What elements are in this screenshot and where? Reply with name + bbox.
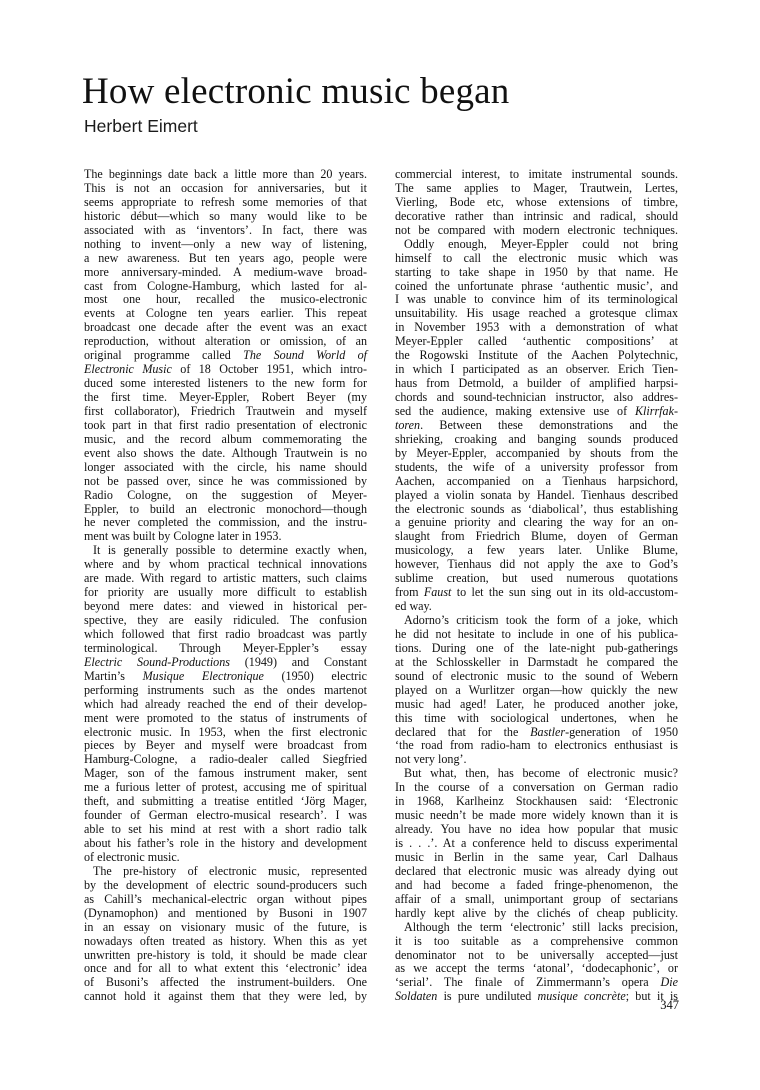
text-line: coined the unfortunate phrase ‘authentic… xyxy=(395,280,678,294)
text-line: Radio Cologne, on the suggestion of Meye… xyxy=(84,489,367,503)
text-line: Vierling, Bode etc, whose extensions of … xyxy=(395,196,678,210)
text-line: a new awareness. But ten years ago, peop… xyxy=(84,252,367,266)
text-line: events at Cologne ten years earlier. Thi… xyxy=(84,307,367,321)
text-line: (Dynamophon) and mentioned by Busoni in … xyxy=(84,907,367,921)
text-line: commercial interest, to imitate instrume… xyxy=(395,168,678,182)
text-line: decorative rather than intrinsic and rad… xyxy=(395,210,678,224)
text-line: Although the term ‘electronic’ still lac… xyxy=(395,921,678,935)
text-line: declared that for the Bastler-generation… xyxy=(395,726,678,740)
text-line: The same applies to Mager, Trautwein, Le… xyxy=(395,182,678,196)
text-line: ed way. xyxy=(395,600,678,614)
text-line: which had already reached the end of the… xyxy=(84,698,367,712)
text-line: historic début—which so many would like … xyxy=(84,210,367,224)
text-line: founder of German electro-musical resear… xyxy=(84,809,367,823)
text-line: which followed that first radio broadcas… xyxy=(84,628,367,642)
text-line: played a violin sonata by Handel. Tienha… xyxy=(395,489,678,503)
text-line: Martin’s Musique Electronique (1950) ele… xyxy=(84,670,367,684)
text-line: about his father’s role in the history a… xyxy=(84,837,367,851)
text-line: music needn’t be made more widely known … xyxy=(395,809,678,823)
text-line: unsuitability. His usage reached a grote… xyxy=(395,307,678,321)
text-line: cast from Cologne-Hamburg, which lasted … xyxy=(84,280,367,294)
text-line: sublime creation, but used numerous quot… xyxy=(395,572,678,586)
text-line: of electronic music. xyxy=(84,851,367,865)
text-line: event also shows the date. Although Trau… xyxy=(84,447,367,461)
text-line: Electric Sound-Productions (1949) and Co… xyxy=(84,656,367,670)
article-author: Herbert Eimert xyxy=(84,116,198,136)
text-line: original programme called The Sound Worl… xyxy=(84,349,367,363)
text-line: ment were promoted to the status of inst… xyxy=(84,712,367,726)
text-line: But what, then, has become of electronic… xyxy=(395,767,678,781)
text-line: This is not an occasion for anniversarie… xyxy=(84,182,367,196)
text-line: hardly kept alive by the clichés of chea… xyxy=(395,907,678,921)
text-line: affair of a small, unimportant group of … xyxy=(395,893,678,907)
text-line: Soldaten is pure undiluted musique concr… xyxy=(395,990,678,1004)
text-line: at the Schlosskeller in Darmstadt he com… xyxy=(395,656,678,670)
text-line: ‘serial’. The finale of Zimmermann’s ope… xyxy=(395,976,678,990)
text-line: played on a Wurlitzer organ—how quickly … xyxy=(395,684,678,698)
text-line: the Rogowski Institute of the Aachen Pol… xyxy=(395,349,678,363)
text-line: The beginnings date back a little more t… xyxy=(84,168,367,182)
text-line: associated with as ‘inventors’. In fact,… xyxy=(84,224,367,238)
text-line: Meyer-Eppler called ‘authentic compositi… xyxy=(395,335,678,349)
text-line: theft, and submitting a treatise entitle… xyxy=(84,795,367,809)
text-line: himself to call the electronic music whi… xyxy=(395,252,678,266)
text-line: where and by whom practical technical in… xyxy=(84,558,367,572)
text-line: able to set his mind at rest with a shor… xyxy=(84,823,367,837)
text-line: as we accept the terms ‘atonal’, ‘dodeca… xyxy=(395,962,678,976)
text-line: shrieking, croaking and banging sounds p… xyxy=(395,433,678,447)
text-line: sed the audience, making extensive use o… xyxy=(395,405,678,419)
text-line: not be passed over, since he was commiss… xyxy=(84,475,367,489)
text-line: reproduction, without alteration or omis… xyxy=(84,335,367,349)
text-line: however, Tienhaus did not apply the axe … xyxy=(395,558,678,572)
text-line: in which I participated as an observer. … xyxy=(395,363,678,377)
text-line: once and for all to what extent this ‘el… xyxy=(84,962,367,976)
text-line: he did not hesitate to include in one of… xyxy=(395,628,678,642)
text-line: more anniversary-minded. A medium-wave b… xyxy=(84,266,367,280)
text-line: slaught from Friedrich Blume, doyen of G… xyxy=(395,530,678,544)
text-line: starting to take shape in 1950 by that n… xyxy=(395,266,678,280)
text-line: already. You have no idea how popular th… xyxy=(395,823,678,837)
text-line: Aachen, accompanied on a Tienhaus harpsi… xyxy=(395,475,678,489)
text-line: for priority are usually more difficult … xyxy=(84,586,367,600)
text-line: first collaborator), Friedrich Trautwein… xyxy=(84,405,367,419)
text-line: haus from Detmold, a builder of amplifie… xyxy=(395,377,678,391)
text-line: nothing to invent—only a new way of list… xyxy=(84,238,367,252)
text-line: Electronic Music of 18 October 1951, whi… xyxy=(84,363,367,377)
text-line: broadcast one decade after the event was… xyxy=(84,321,367,335)
text-line: took part in that first radio presentati… xyxy=(84,419,367,433)
text-line: toren. Between these demonstrations and … xyxy=(395,419,678,433)
text-line: declared that electronic music was alrea… xyxy=(395,865,678,879)
text-line: cannot hold it against them that they we… xyxy=(84,990,367,1004)
text-line: is . . .’. At a conference held to discu… xyxy=(395,837,678,851)
text-line: musicology, a few years later. Unlike Bl… xyxy=(395,544,678,558)
text-line: spective, they are easily ridiculed. The… xyxy=(84,614,367,628)
text-line: tions. During one of the late-night pub-… xyxy=(395,642,678,656)
text-line: nowadays often treated as history. When … xyxy=(84,935,367,949)
text-line: denominator not to be universally accept… xyxy=(395,949,678,963)
text-line: music had aged! Later, he produced anoth… xyxy=(395,698,678,712)
text-line: beyond mere dates: and viewed in histori… xyxy=(84,600,367,614)
text-line: the electronic sounds as ‘diabolical’, t… xyxy=(395,503,678,517)
text-line: students, the wife of a university profe… xyxy=(395,461,678,475)
text-line: unwritten pre-history is told, it should… xyxy=(84,949,367,963)
text-line: pieces by Beyer and myself were broadcas… xyxy=(84,739,367,753)
text-line: not very long’. xyxy=(395,753,678,767)
text-column-left: The beginnings date back a little more t… xyxy=(84,168,367,1004)
text-line: this time with sociological undertones, … xyxy=(395,712,678,726)
text-line: seems appropriate to refresh some memori… xyxy=(84,196,367,210)
text-line: Eppler, to build an electronic monochord… xyxy=(84,503,367,517)
text-line: The pre-history of electronic music, rep… xyxy=(84,865,367,879)
article-title: How electronic music began xyxy=(82,72,509,112)
text-line: longer associated with the circle, his n… xyxy=(84,461,367,475)
text-line: me a furious letter of protest, accusing… xyxy=(84,781,367,795)
text-column-right: commercial interest, to imitate instrume… xyxy=(395,168,678,1004)
page-number: 347 xyxy=(655,998,679,1013)
text-line: he never completed the commission, and t… xyxy=(84,516,367,530)
text-line: of Busoni’s affected the instrument-buil… xyxy=(84,976,367,990)
text-line: as Cahill’s mechanical-electric organ wi… xyxy=(84,893,367,907)
text-line: terminological. Through Meyer-Eppler’s e… xyxy=(84,642,367,656)
text-line: and had become a faded fringe-phenomenon… xyxy=(395,879,678,893)
text-line: In the course of a conversation on Germa… xyxy=(395,781,678,795)
text-line: in November 1953 with a demonstration of… xyxy=(395,321,678,335)
text-line: music in Berlin in the same year, Carl D… xyxy=(395,851,678,865)
text-line: Hamburg-Cologne, a radio-dealer called S… xyxy=(84,753,367,767)
text-line: most one hour, recalled the musico-elect… xyxy=(84,293,367,307)
text-line: It is generally possible to determine ex… xyxy=(84,544,367,558)
text-line: by the development of electric sound-pro… xyxy=(84,879,367,893)
text-line: in an essay on visionary music of the fu… xyxy=(84,921,367,935)
text-line: I was unable to convince him of its term… xyxy=(395,293,678,307)
text-line: not be compared with modern electronic t… xyxy=(395,224,678,238)
text-line: the first time. Meyer-Eppler, Robert Bey… xyxy=(84,391,367,405)
text-line: by Meyer-Eppler, accompanied by shouts f… xyxy=(395,447,678,461)
text-line: Adorno’s criticism took the form of a jo… xyxy=(395,614,678,628)
text-line: music, and the record album commemoratin… xyxy=(84,433,367,447)
text-line: sound of electronic music to the sound o… xyxy=(395,670,678,684)
text-line: it is too suitable as a comprehensive co… xyxy=(395,935,678,949)
text-line: in 1968, Karlheinz Stockhausen said: ‘El… xyxy=(395,795,678,809)
text-line: ment was built by Cologne later in 1953. xyxy=(84,530,367,544)
text-line: from Faust to let the sun sing out in it… xyxy=(395,586,678,600)
text-line: chords and sound-technician instructor, … xyxy=(395,391,678,405)
text-line: duced some interested listeners to the n… xyxy=(84,377,367,391)
text-line: are made. With regard to artistic matter… xyxy=(84,572,367,586)
text-line: electronic music. In 1953, when the firs… xyxy=(84,726,367,740)
text-line: Oddly enough, Meyer-Eppler could not bri… xyxy=(395,238,678,252)
text-line: ‘the road from radio-ham to electronics … xyxy=(395,739,678,753)
text-line: a genuine priority and clearing the way … xyxy=(395,516,678,530)
text-line: Mager, son of the famous instrument make… xyxy=(84,767,367,781)
text-line: performing instruments such as the ondes… xyxy=(84,684,367,698)
